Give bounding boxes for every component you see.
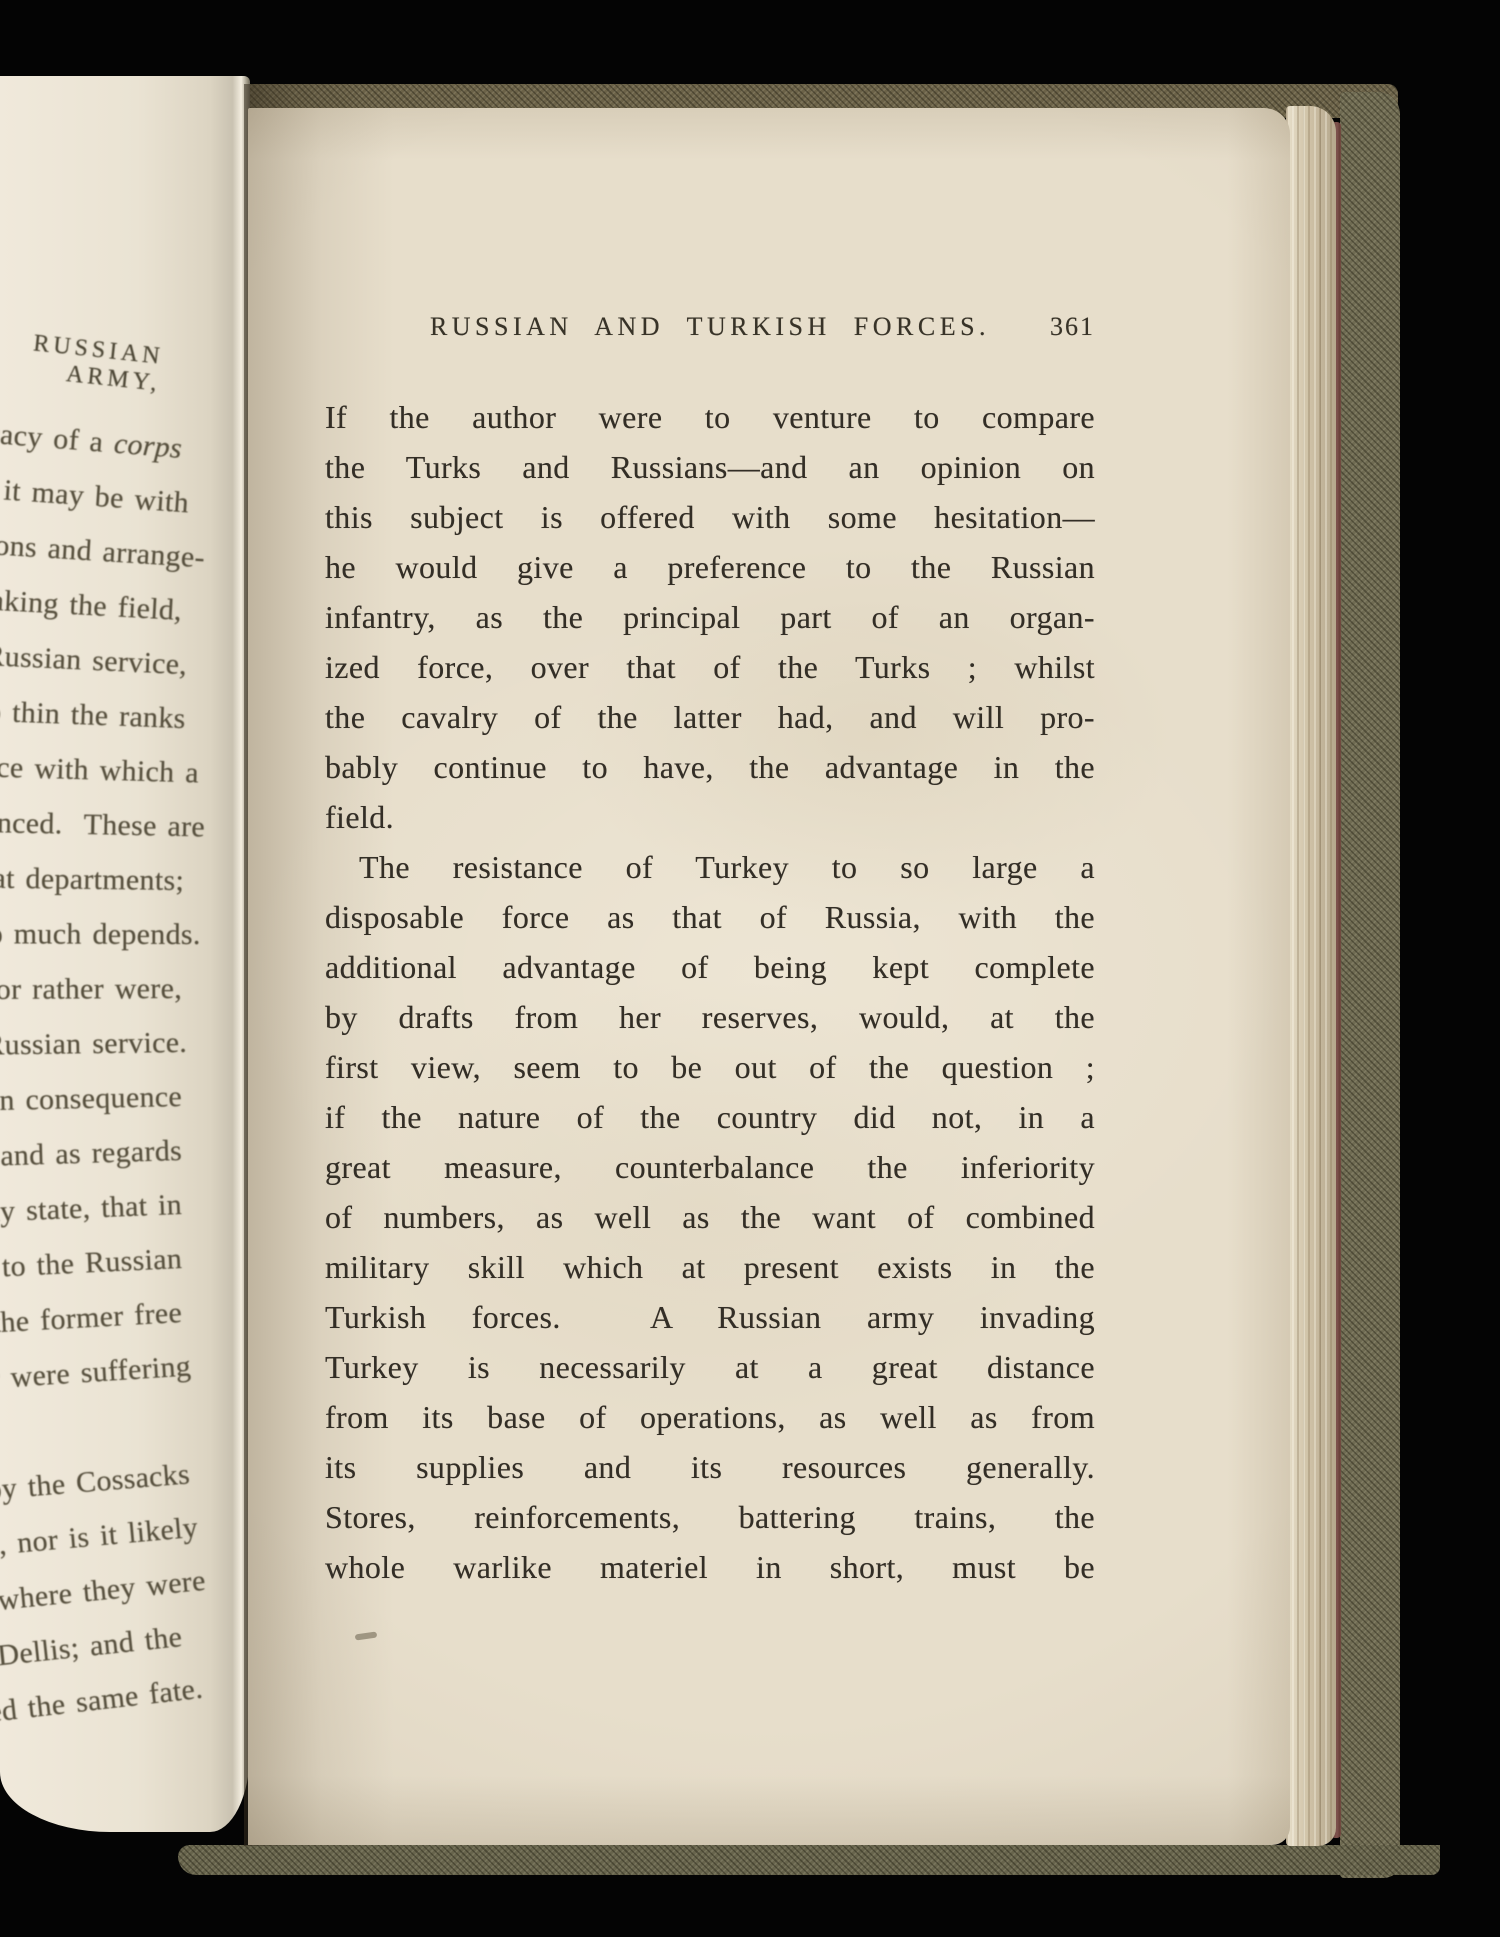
body-text-line: the Turks and Russians—and an opinion on — [325, 442, 1095, 492]
left-page-text-line: may state, that in — [0, 1178, 183, 1241]
body-text-line: the cavalry of the latter had, and will … — [325, 692, 1095, 742]
body-text-line: Turkish forces. A Russian army invading — [325, 1292, 1095, 1342]
left-page-text-line: ns; and as regards — [0, 1124, 183, 1185]
left-page-text-line: mmenced. These are — [0, 795, 183, 854]
body-text-line: The resistance of Turkey to so large a — [325, 842, 1095, 892]
body-text-line: If the author were to venture to compare — [325, 392, 1095, 442]
left-page-text-line: led in consequence — [0, 1070, 183, 1129]
running-header-title: RUSSIAN AND TURKISH FORCES. — [430, 312, 990, 341]
left-page-text-line: e force with which a — [0, 739, 183, 800]
book-cover-bottom-edge — [178, 1845, 1440, 1875]
left-page-text-line: the Russian service. — [0, 1016, 182, 1073]
body-text-line: Turkey is necessarily at a great distanc… — [325, 1342, 1095, 1392]
photo-background: RUSSIAN ARMY, efficacy of a corpsrfect i… — [0, 0, 1500, 1937]
paragraph-2: The resistance of Turkey to so large adi… — [325, 842, 1095, 1592]
left-page-text-line: ssariat departments; — [0, 851, 182, 908]
body-text-line: by drafts from her reserves, would, at t… — [325, 992, 1095, 1042]
body-text-line: great measure, counterbalance the inferi… — [325, 1142, 1095, 1192]
body-text-line: from its base of operations, as well as … — [325, 1392, 1095, 1442]
book-cover-right-edge — [1340, 92, 1400, 1878]
body-text-line: first view, seem to be out of the questi… — [325, 1042, 1095, 1092]
book: RUSSIAN ARMY, efficacy of a corpsrfect i… — [0, 0, 1500, 1937]
left-page-running-header: RUSSIAN ARMY, — [0, 320, 165, 398]
body-text-line: field. — [325, 792, 1095, 842]
body-text-line: disposable force as that of Russia, with… — [325, 892, 1095, 942]
body-text-line: military skill which at present exists i… — [325, 1242, 1095, 1292]
body-text-line: this subject is offered with some hesita… — [325, 492, 1095, 542]
page-body-text: If the author were to venture to compare… — [325, 392, 1095, 1592]
paragraph-1: If the author were to venture to compare… — [325, 392, 1095, 842]
page-number: 361 — [1050, 312, 1095, 342]
left-page-text-line: the Russian service, — [0, 627, 183, 692]
left-page: RUSSIAN ARMY, efficacy of a corpsrfect i… — [0, 76, 250, 1832]
left-page-text-line: ch so much depends. — [0, 907, 182, 962]
page-header: RUSSIAN AND TURKISH FORCES. 361 — [325, 312, 1095, 342]
body-text-line: its supplies and its resources generally… — [325, 1442, 1095, 1492]
print-fleck — [355, 1631, 378, 1640]
body-text-line: he would give a preference to the Russia… — [325, 542, 1095, 592]
body-text-line: of numbers, as well as the want of combi… — [325, 1192, 1095, 1242]
body-text-line: infantry, as the principal part of an or… — [325, 592, 1095, 642]
body-text-line: Stores, reinforcements, battering trains… — [325, 1492, 1095, 1542]
body-text-line: ized force, over that of the Turks ; whi… — [325, 642, 1095, 692]
left-page-text-line: ng to thin the ranks — [0, 683, 183, 746]
body-text-line: additional advantage of being kept compl… — [325, 942, 1095, 992]
body-text-line: bably continue to have, the advantage in… — [325, 742, 1095, 792]
body-text-line: whole warlike materiel in short, must be — [325, 1542, 1095, 1592]
right-page: RUSSIAN AND TURKISH FORCES. 361 If the a… — [248, 108, 1290, 1845]
page-edges-stack — [1286, 106, 1336, 1846]
body-text-line: if the nature of the country did not, in… — [325, 1092, 1095, 1142]
left-page-text-line: re, or rather were, — [0, 962, 182, 1017]
left-page-text: efficacy of a corpsrfect it may be withp… — [0, 422, 182, 1718]
